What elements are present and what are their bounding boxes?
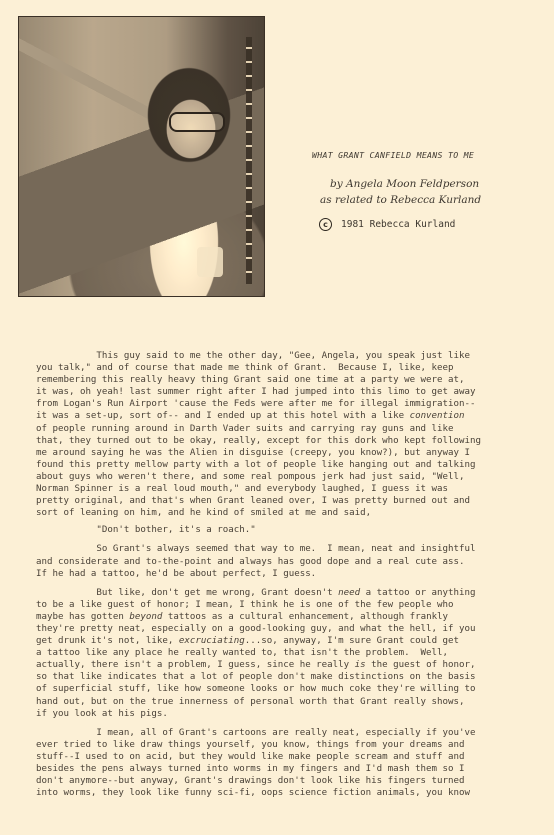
text-line: and considerate and to-the-point and alw… <box>36 556 554 568</box>
article-body: This guy said to me the other day, "Gee,… <box>36 350 554 806</box>
text-line: it was a set-up, sort of-- and I ended u… <box>36 410 554 422</box>
emphasis: convention <box>410 411 465 421</box>
text-line: you talk," and of course that made me th… <box>36 362 554 374</box>
text-line: of people running around in Darth Vader … <box>36 423 554 435</box>
text-line: So Grant's always seemed that way to me.… <box>36 543 554 555</box>
text-line: maybe has gotten beyond tattoos as a cul… <box>36 611 554 623</box>
emphasis: beyond <box>129 612 162 622</box>
article-title: WHAT GRANT CANFIELD MEANS TO ME <box>312 150 542 160</box>
byline: by Angela Moon Feldperson <box>330 178 542 190</box>
text-line: of superficial stuff, like how someone l… <box>36 683 554 695</box>
text-line: This guy said to me the other day, "Gee,… <box>36 350 554 362</box>
text-line: ever tried to like draw things yourself,… <box>36 739 554 751</box>
text-line: if you look at his pigs. <box>36 708 554 720</box>
text-line: about guys who weren't there, and some r… <box>36 471 554 483</box>
text-line: don't anymore--but anyway, Grant's drawi… <box>36 775 554 787</box>
emphasis: is <box>349 660 371 670</box>
related-credit: as related to Rebecca Kurland <box>320 194 542 206</box>
text-line: me around saying he was the Alien in dis… <box>36 447 554 459</box>
text-line: Norman Spinner is a real loud mouth," an… <box>36 483 554 495</box>
text-line: I mean, all of Grant's cartoons are real… <box>36 727 554 739</box>
text-line: into worms, they look like funny sci-fi,… <box>36 787 554 799</box>
photo-cup <box>197 247 223 277</box>
text-line: pretty original, and that's when Grant l… <box>36 495 554 507</box>
emphasis: need <box>338 588 360 598</box>
author-photo <box>18 16 265 297</box>
text-line: actually, there isn't a problem, I guess… <box>36 659 554 671</box>
quote-line: "Don't bother, it's a roach." <box>36 524 554 536</box>
text-line: remembering this really heavy thing Gran… <box>36 374 554 386</box>
text-line: If he had a tattoo, he'd be about perfec… <box>36 568 554 580</box>
photo-glasses <box>169 112 225 132</box>
text-line: sort of leaning on him, and he kind of s… <box>36 507 554 519</box>
text-line: besides the pens always turned into worm… <box>36 763 554 775</box>
text-line: But like, don't get me wrong, Grant does… <box>36 587 554 599</box>
text-line: it was, oh yeah! last summer right after… <box>36 386 554 398</box>
copyright-icon: c <box>319 218 332 231</box>
paragraph-4: I mean, all of Grant's cartoons are real… <box>36 727 554 800</box>
text-line: get drunk it's not, like, excruciating..… <box>36 635 554 647</box>
title-block: WHAT GRANT CANFIELD MEANS TO ME by Angel… <box>312 150 542 231</box>
text-line: so that like indicates that a lot of peo… <box>36 671 554 683</box>
text-line: that, they turned out to be okay, really… <box>36 435 554 447</box>
copyright-text: 1981 Rebecca Kurland <box>341 219 455 230</box>
text-line: they're pretty neat, especially on a goo… <box>36 623 554 635</box>
text-line: hand out, but on the true innerness of p… <box>36 696 554 708</box>
text-line: from Logan's Run Airport 'cause the Feds… <box>36 398 554 410</box>
text-line: a tattoo like any place he really wanted… <box>36 647 554 659</box>
photo-decor-rail <box>246 37 252 284</box>
copyright-notice: c 1981 Rebecca Kurland <box>319 218 542 231</box>
text-line: stuff--I used to on acid, but they would… <box>36 751 554 763</box>
paragraph-1: This guy said to me the other day, "Gee,… <box>36 350 554 536</box>
text-line: found this pretty mellow party with a lo… <box>36 459 554 471</box>
paragraph-3: But like, don't get me wrong, Grant does… <box>36 587 554 720</box>
text-line: to be a like guest of honor; I mean, I t… <box>36 599 554 611</box>
emphasis: excruciating <box>179 636 245 646</box>
paragraph-2: So Grant's always seemed that way to me.… <box>36 543 554 579</box>
